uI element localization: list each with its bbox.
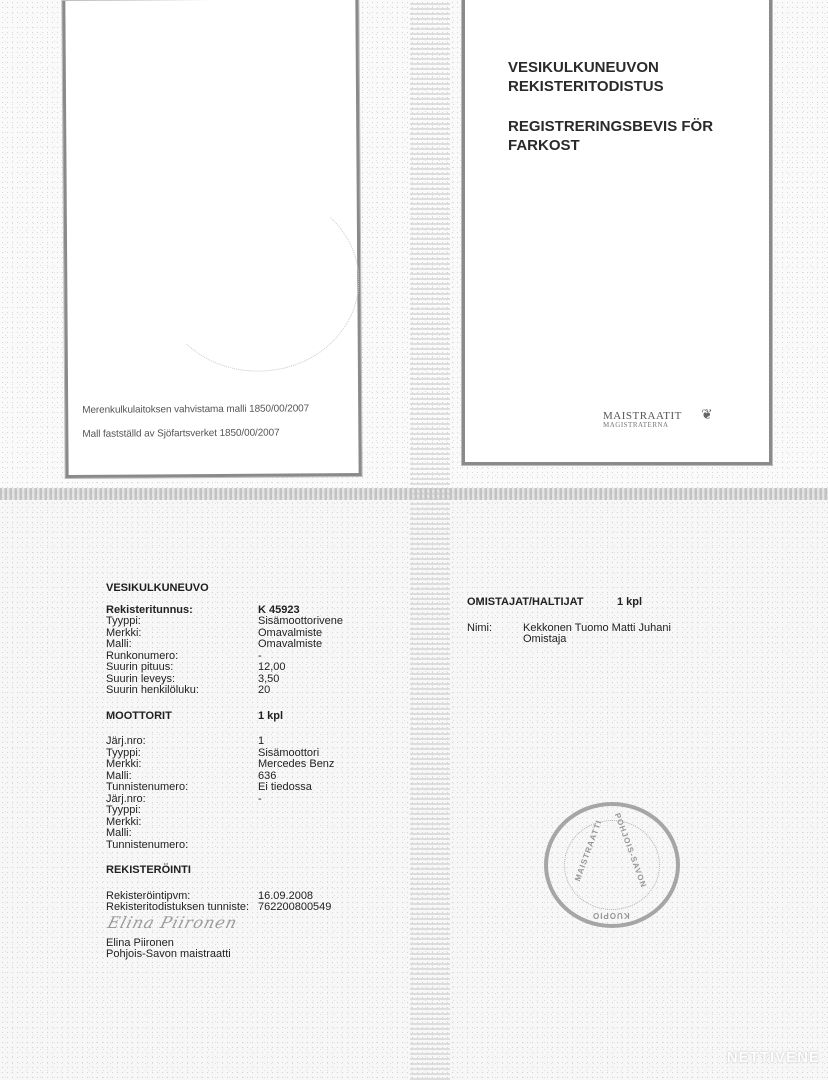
faint-stamp-outline (157, 189, 360, 372)
owners-details: OMISTAJAT/HALTIJAT 1 kpl Nimi: Kekkonen … (467, 597, 767, 646)
field-label: Tunnistenumero: (106, 840, 258, 852)
field-value: Sisämoottorivene (258, 616, 343, 628)
vertical-fold (410, 0, 450, 1080)
field-value: Mercedes Benz (258, 759, 334, 771)
engines-section-header: MOOTTORIT 1 kpl (106, 711, 406, 723)
field-value: Ei tiedossa (258, 782, 312, 794)
field-value: - (258, 794, 262, 806)
field-row: Tyyppi: (106, 805, 406, 817)
field-label: Rekisteritodistuksen tunniste: (106, 902, 258, 914)
engine-count: 1 kpl (258, 711, 283, 723)
owner-role: Omistaja (523, 634, 671, 646)
leaf-emblem-icon: ❦ (701, 406, 713, 423)
cover-back-panel: Merenkulkulaitoksen vahvistama malli 185… (62, 0, 361, 478)
field-row: Suurin henkilöluku:20 (106, 685, 406, 697)
model-approval-fi: Merenkulkulaitoksen vahvistama malli 185… (82, 403, 309, 416)
field-row: Merkki:Omavalmiste (106, 628, 406, 640)
field-row: Järj.nro:- (106, 794, 406, 806)
field-label: Suurin pituus: (106, 662, 258, 674)
field-row: Merkki: (106, 817, 406, 829)
field-label: Tyyppi: (106, 805, 258, 817)
field-value: Omavalmiste (258, 639, 322, 651)
field-label: Malli: (106, 639, 258, 651)
field-row: Tunnistenumero: (106, 840, 406, 852)
field-label: Malli: (106, 828, 258, 840)
handwritten-signature: Elina Piironen (106, 916, 406, 938)
field-row: Tyyppi:Sisämoottori (106, 748, 406, 760)
vessel-details: VESIKULKUNEUVO Rekisteritunnus:K 45923Ty… (106, 583, 406, 961)
field-label: Tunnistenumero: (106, 782, 258, 794)
field-row: Malli: (106, 828, 406, 840)
owners-section-header: OMISTAJAT/HALTIJAT 1 kpl (467, 597, 767, 609)
maistraatti-logo: MAISTRAATIT MAGISTRATERNA ❦ (603, 410, 682, 429)
field-row: Suurin pituus:12,00 (106, 662, 406, 674)
field-label: Järj.nro: (106, 736, 258, 748)
signer-office: Pohjois-Savon maistraatti (106, 949, 406, 961)
field-row: Rekisteritunnus:K 45923 (106, 605, 406, 617)
field-row: Tunnistenumero:Ei tiedossa (106, 782, 406, 794)
field-value: 20 (258, 685, 270, 697)
field-row: Malli:Omavalmiste (106, 639, 406, 651)
document-title-fi: VESIKULKUNEUVON REKISTERITODISTUS (508, 58, 664, 96)
field-label: Tyyppi: (106, 616, 258, 628)
field-row: Järj.nro:1 (106, 736, 406, 748)
field-row: Rekisteritodistuksen tunniste:7622008005… (106, 902, 406, 914)
field-value: 12,00 (258, 662, 286, 674)
field-row: Tyyppi:Sisämoottorivene (106, 616, 406, 628)
registration-section-header: REKISTERÖINTI (106, 865, 406, 877)
field-row: Merkki:Mercedes Benz (106, 759, 406, 771)
document-title-sv: REGISTRERINGSBEVIS FÖR FARKOST (508, 117, 713, 155)
owner-count: 1 kpl (617, 597, 642, 609)
cover-front-panel: VESIKULKUNEUVON REKISTERITODISTUS REGIST… (462, 0, 772, 465)
field-label: Suurin henkilöluku: (106, 685, 258, 697)
field-value: 1 (258, 736, 264, 748)
field-value: 762200800549 (258, 902, 331, 914)
field-label: Merkki: (106, 759, 258, 771)
vessel-section-title: VESIKULKUNEUVO (106, 583, 406, 595)
model-approval-sv: Mall fastställd av Sjöfartsverket 1850/0… (82, 428, 279, 440)
owner-row: Nimi: Kekkonen Tuomo Matti Juhani Omista… (467, 623, 767, 646)
nettivene-watermark: NETTIVENE (727, 1049, 820, 1066)
official-seal-icon: MAISTRAATTI POHJOIS-SAVON KUOPIO (544, 802, 680, 928)
